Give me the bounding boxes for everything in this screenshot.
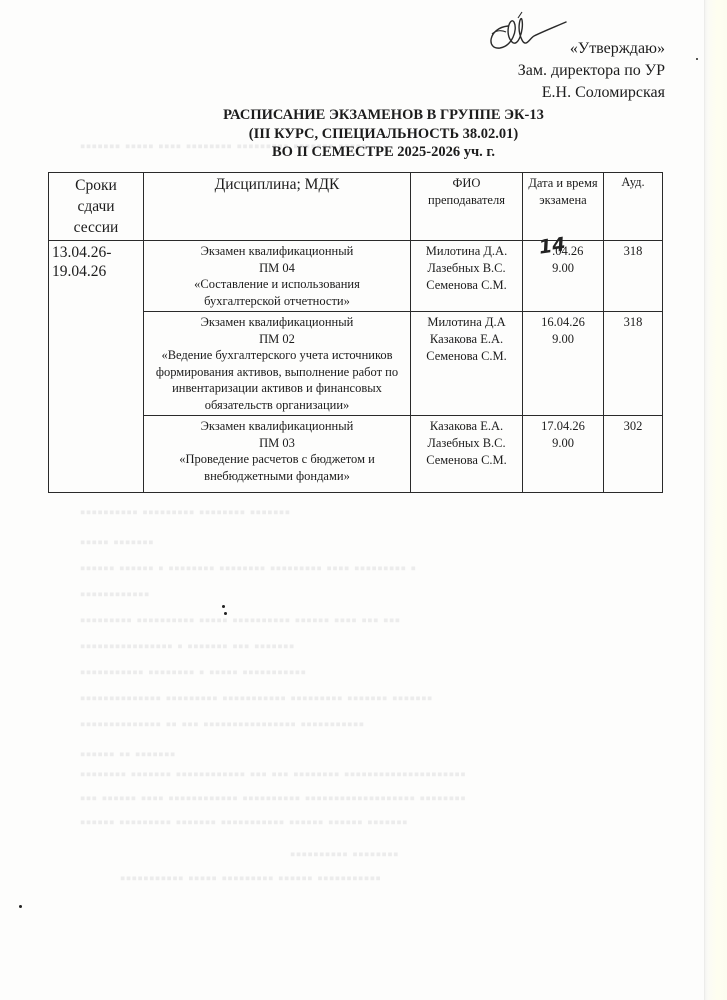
approval-stamp: «Утверждаю» — [518, 38, 665, 60]
datetime-cell: 16.04.26 9.00 — [523, 312, 604, 416]
period-start: 13.04.26- — [52, 243, 140, 262]
header-text: сессии — [52, 217, 140, 238]
subject-line: «Проведение расчетов с бюджетом и — [147, 451, 407, 468]
bleed-through-noise: ▪▪▪ ▪▪▪▪▪▪ ▪▪▪▪ ▪▪▪▪▪▪▪▪▪▪▪▪ ▪▪▪▪▪▪▪▪▪▪ … — [80, 786, 687, 812]
subject-line: формирования активов, выполнение работ п… — [147, 364, 407, 381]
bleed-through-noise: ▪▪▪▪▪▪▪▪▪▪▪▪▪▪ ▪▪ ▪▪▪ ▪▪▪▪▪▪▪▪▪▪▪▪▪▪▪▪ ▪… — [80, 712, 687, 738]
bleed-through-noise: ▪▪▪▪▪▪▪▪▪▪ ▪▪▪▪▪▪▪▪▪ ▪▪▪▪▪▪▪▪ ▪▪▪▪▪▪▪ — [80, 500, 687, 526]
header-discipline: Дисциплина; МДК — [144, 173, 411, 241]
teacher-name: Семенова С.М. — [414, 452, 519, 469]
module-code: ПМ 03 — [147, 435, 407, 452]
room-cell: 318 — [604, 312, 663, 416]
teacher-name: Лазебных В.С. — [414, 435, 519, 452]
title-line-1: РАСПИСАНИЕ ЭКЗАМЕНОВ В ГРУППЕ ЭК-13 — [0, 106, 727, 125]
exam-date: 16.04.26 — [526, 314, 600, 331]
room-cell: 302 — [604, 416, 663, 493]
teachers-cell: Казакова Е.А. Лазебных В.С. Семенова С.М… — [411, 416, 523, 493]
subject-line: инвентаризации активов и финансовых — [147, 380, 407, 397]
header-teacher: ФИО преподавателя — [411, 173, 523, 241]
exam-time: 9.00 — [526, 435, 600, 452]
room-cell: 318 — [604, 241, 663, 312]
bleed-through-noise: ▪▪▪▪▪ ▪▪▪▪▪▪▪ — [80, 530, 687, 556]
exam-time: 9.00 — [526, 331, 600, 348]
module-code: ПМ 02 — [147, 331, 407, 348]
header-text: преподавателя — [414, 192, 519, 209]
discipline-cell: Экзамен квалификационный ПМ 04 «Составле… — [144, 241, 411, 312]
table-header-row: Сроки сдачи сессии Дисциплина; МДК ФИО п… — [49, 173, 663, 241]
subject-line: обязательств организации» — [147, 397, 407, 414]
exam-time: 9.00 — [526, 260, 600, 277]
header-text: сдачи — [52, 196, 140, 217]
bleed-through-noise: ▪▪▪▪▪▪▪▪▪ ▪▪▪▪▪▪▪▪▪▪ ▪▪▪▪▪ ▪▪▪▪▪▪▪▪▪▪ ▪▪… — [80, 608, 687, 634]
bleed-through-noise: ▪▪▪▪▪▪▪▪▪▪▪ ▪▪▪▪▪▪▪▪ ▪ ▪▪▪▪▪ ▪▪▪▪▪▪▪▪▪▪▪ — [80, 660, 687, 686]
teacher-name: Лазебных В.С. — [414, 260, 519, 277]
teacher-name: Казакова Е.А. — [414, 331, 519, 348]
table-row: 13.04.26- 19.04.26 Экзамен квалификацион… — [49, 241, 663, 312]
subject-line: «Ведение бухгалтерского учета источников — [147, 347, 407, 364]
discipline-cell: Экзамен квалификационный ПМ 02 «Ведение … — [144, 312, 411, 416]
bleed-through-noise: ▪▪▪▪▪▪▪▪▪▪ ▪▪▪▪▪▪▪▪ — [290, 842, 687, 868]
bleed-through-noise: ▪▪▪▪▪▪▪▪▪▪▪▪▪▪ ▪▪▪▪▪▪▪▪▪ ▪▪▪▪▪▪▪▪▪▪▪ ▪▪▪… — [80, 686, 687, 712]
header-text: ФИО — [414, 175, 519, 192]
subject-line: «Составление и использования — [147, 276, 407, 293]
document-title: РАСПИСАНИЕ ЭКЗАМЕНОВ В ГРУППЕ ЭК-13 (III… — [0, 106, 727, 162]
scan-speck — [19, 905, 22, 908]
subject-line: внебюджетными фондами» — [147, 468, 407, 485]
bleed-through-noise: ▪▪▪▪▪▪▪▪▪▪▪▪▪▪▪▪ ▪ ▪▪▪▪▪▪▪ ▪▪▪ ▪▪▪▪▪▪▪ — [80, 634, 687, 660]
teacher-name: Милотина Д.А — [414, 314, 519, 331]
bleed-through-noise: ▪▪▪▪▪▪▪▪▪▪▪▪ — [80, 582, 687, 608]
scan-speck — [224, 612, 227, 615]
exam-date-printed: .04.26 — [552, 244, 583, 258]
exam-schedule-table: Сроки сдачи сессии Дисциплина; МДК ФИО п… — [48, 172, 663, 493]
approver-name: Е.Н. Соломирская — [518, 82, 665, 104]
period-end: 19.04.26 — [52, 262, 140, 281]
scan-speck — [696, 58, 698, 60]
module-code: ПМ 04 — [147, 260, 407, 277]
bleed-through-noise: ▪▪▪▪▪▪▪▪ ▪▪▪▪▪▪▪ ▪▪▪▪▪▪▪▪▪▪▪▪ ▪▪▪ ▪▪▪ ▪▪… — [80, 762, 687, 788]
approval-block: «Утверждаю» Зам. директора по УР Е.Н. Со… — [518, 38, 665, 104]
exam-date: 17.04.26 — [526, 418, 600, 435]
teacher-name: Семенова С.М. — [414, 277, 519, 294]
exam-type: Экзамен квалификационный — [147, 314, 407, 331]
scan-speck — [222, 605, 225, 608]
header-text: Сроки — [52, 175, 140, 196]
datetime-cell: .04.26 14 9.00 — [523, 241, 604, 312]
header-text: Дата и время — [526, 175, 600, 192]
bleed-through-noise: ▪▪▪▪▪▪ ▪▪▪▪▪▪ ▪ ▪▪▪▪▪▪▪▪ ▪▪▪▪▪▪▪▪ ▪▪▪▪▪▪… — [80, 556, 687, 582]
header-room: Ауд. — [604, 173, 663, 241]
discipline-cell: Экзамен квалификационный ПМ 03 «Проведен… — [144, 416, 411, 493]
header-session-period: Сроки сдачи сессии — [49, 173, 144, 241]
exam-date: .04.26 — [526, 243, 600, 260]
datetime-cell: 17.04.26 9.00 — [523, 416, 604, 493]
exam-type: Экзамен квалификационный — [147, 243, 407, 260]
teacher-name: Милотина Д.А. — [414, 243, 519, 260]
bleed-through-noise: ▪▪▪▪▪▪ ▪▪▪▪▪▪▪▪▪ ▪▪▪▪▪▪▪ ▪▪▪▪▪▪▪▪▪▪▪ ▪▪▪… — [80, 810, 687, 836]
bleed-through-noise: ▪▪▪▪▪▪▪▪▪▪▪ ▪▪▪▪▪ ▪▪▪▪▪▪▪▪▪ ▪▪▪▪▪▪ ▪▪▪▪▪… — [120, 866, 687, 892]
header-datetime: Дата и время экзамена — [523, 173, 604, 241]
teachers-cell: Милотина Д.А Казакова Е.А. Семенова С.М. — [411, 312, 523, 416]
subject-line: бухгалтерской отчетности» — [147, 293, 407, 310]
session-period-cell: 13.04.26- 19.04.26 — [49, 241, 144, 493]
header-text: экзамена — [526, 192, 600, 209]
title-line-3: ВО II СЕМЕСТРЕ 2025-2026 уч. г. — [0, 143, 727, 162]
approver-position: Зам. директора по УР — [518, 60, 665, 82]
exam-type: Экзамен квалификационный — [147, 418, 407, 435]
teachers-cell: Милотина Д.А. Лазебных В.С. Семенова С.М… — [411, 241, 523, 312]
teacher-name: Казакова Е.А. — [414, 418, 519, 435]
title-line-2: (III КУРС, СПЕЦИАЛЬНОСТЬ 38.02.01) — [0, 125, 727, 144]
teacher-name: Семенова С.М. — [414, 348, 519, 365]
